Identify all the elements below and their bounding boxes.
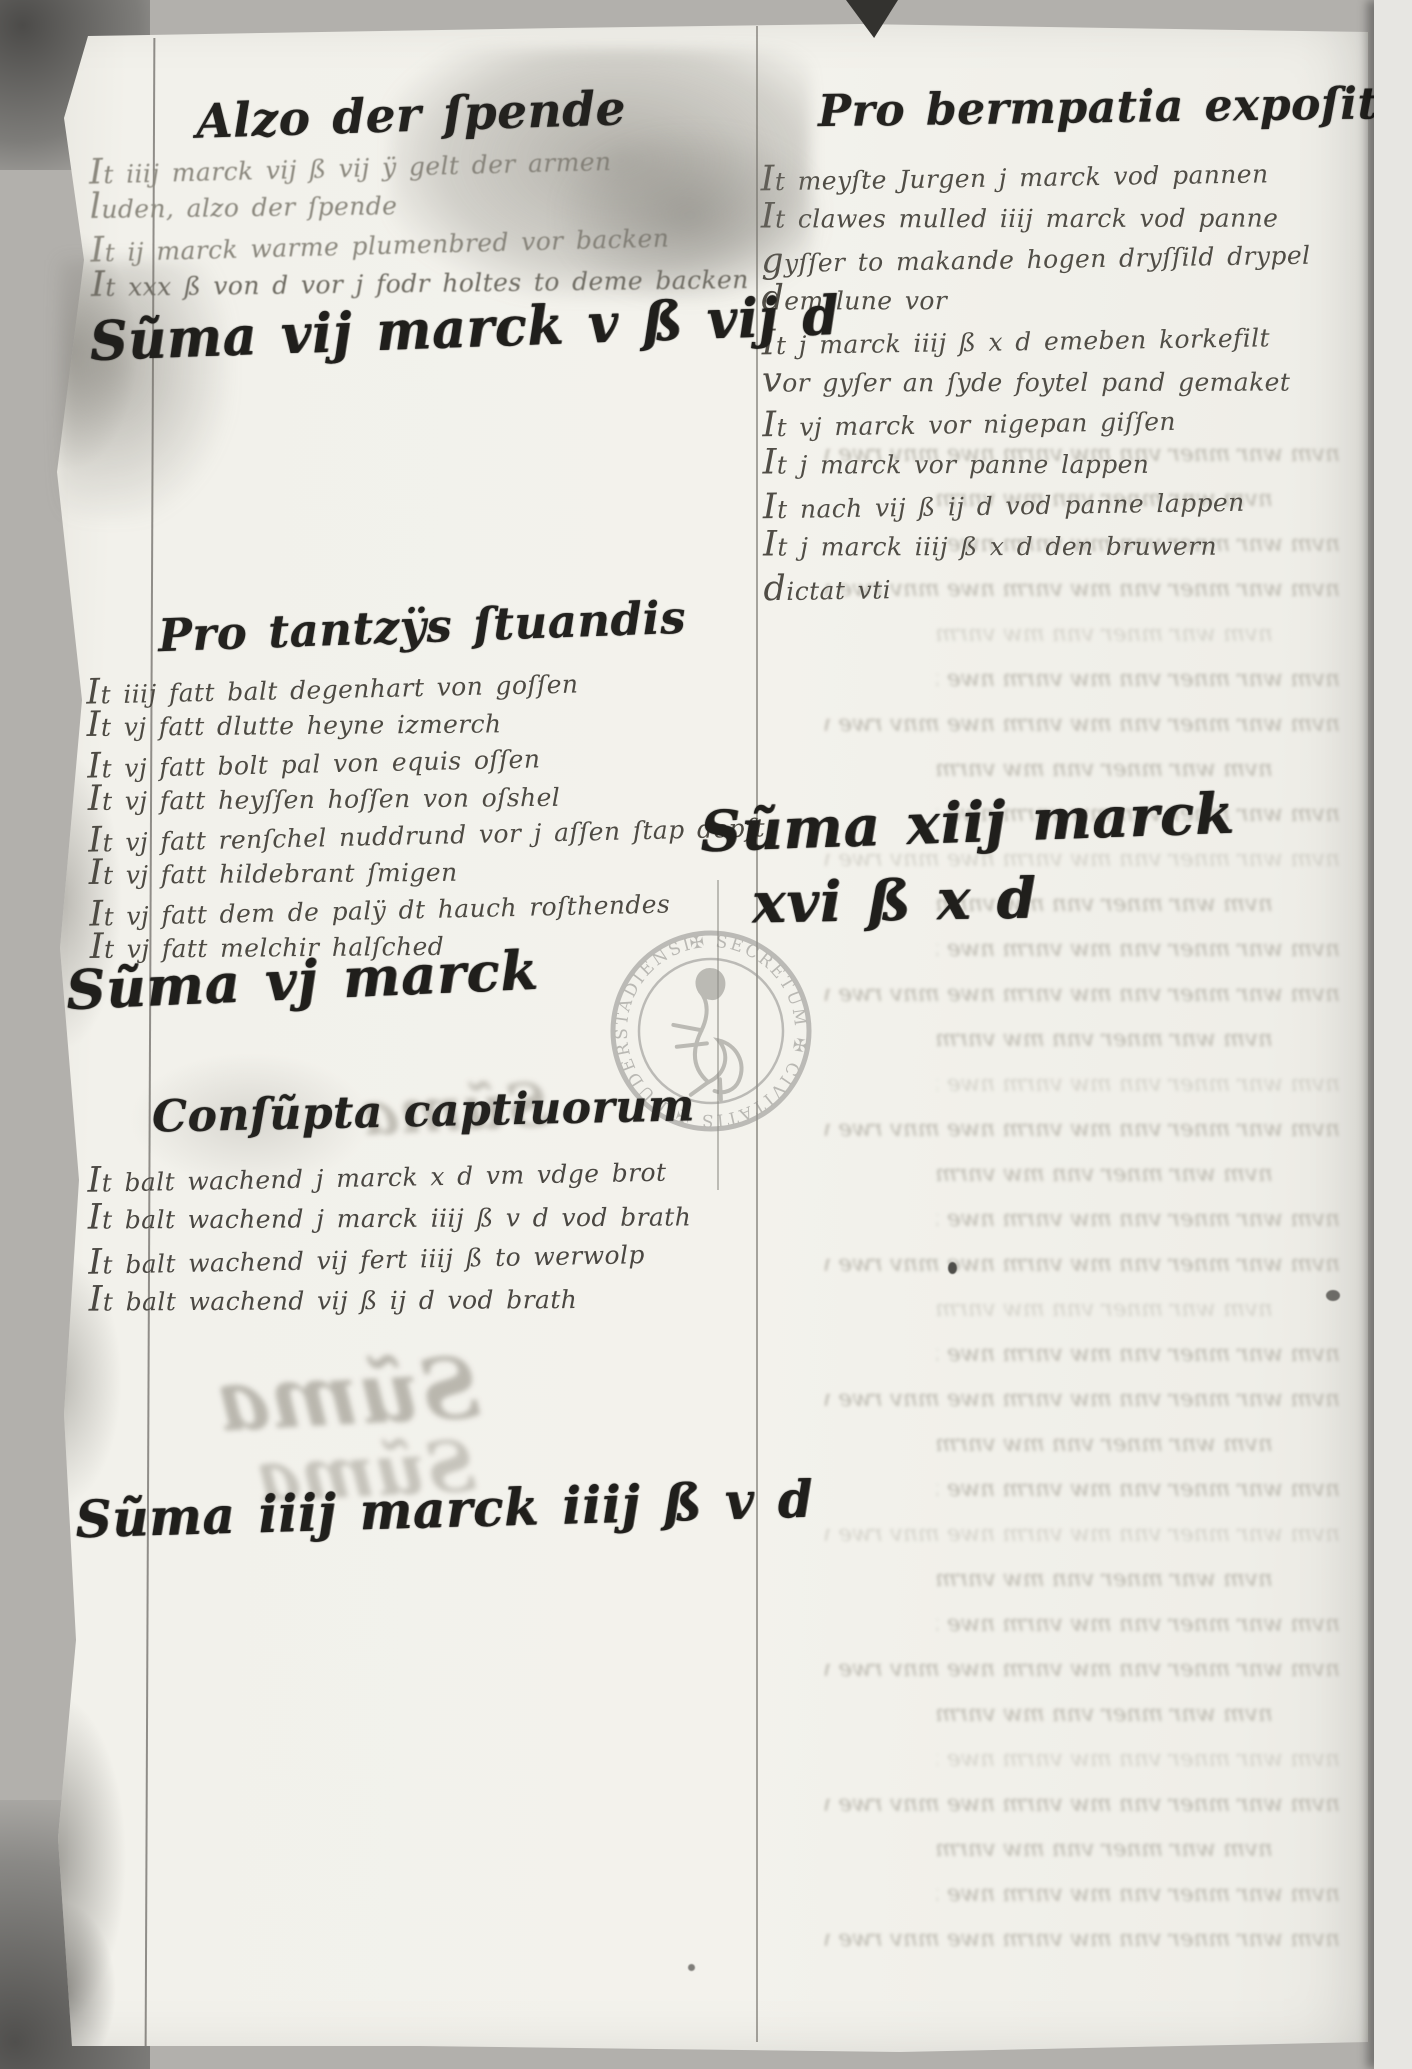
- bleedthrough-line: nvm wnr mner vnn mw vnrm nwe mnv rwe vnm…: [937, 1557, 1273, 1602]
- summa-total-deposito-line2: xvi ß x d: [751, 866, 1037, 937]
- bleedthrough-line: nvm wnr mner vnn mw vnrm nwe mnv rwe vnm…: [937, 1332, 1340, 1377]
- manuscript-line: It balt wachend j marck x d vm vdge brot: [87, 1150, 691, 1203]
- spende-entry-lines: It iiij marck vij ß vij ÿ gelt der armen…: [89, 140, 749, 307]
- bleedthrough-line: nvm wnr mner vnn mw vnrm nwe mnv rwe vnm…: [937, 1062, 1340, 1107]
- bleedthrough-line: nvm wnr mner vnn mw vnrm nwe mnv rwe vnm…: [937, 1017, 1273, 1062]
- bleedthrough-line: nvm wnr mner vnn mw vnrm nwe mnv rwe vnm…: [825, 1512, 1340, 1557]
- bleedthrough-line: nvm wnr mner vnn mw vnrm nwe mnv rwe vnm…: [825, 702, 1340, 747]
- bleedthrough-line: nvm wnr mner vnn mw vnrm nwe mnv rwe vnm…: [937, 1737, 1340, 1782]
- bleedthrough-line: nvm wnr mner vnn mw vnrm nwe mnv rwe vnm…: [937, 927, 1340, 972]
- manuscript-line: It clawes mulled iiij marck vod panne: [761, 197, 1310, 239]
- bleedthrough-line: nvm wnr mner vnn mw vnrm nwe mnv rwe vnm…: [937, 657, 1340, 702]
- manuscript-line: It meyſte Jurgen j marck vod pannen: [760, 152, 1310, 202]
- manuscript-line: dem lune vor: [761, 279, 1310, 321]
- manuscript-line: It vj marck vor nigepan giſſen: [762, 398, 1312, 448]
- bleedthrough-line: nvm wnr mner vnn mw vnrm nwe mnv rwe vnm…: [937, 1422, 1273, 1467]
- manuscript-line: It j marck iiij ß x d emeben korkefilt: [761, 316, 1311, 366]
- bleedthrough-line: nvm wnr mner vnn mw vnrm nwe mnv rwe vnm…: [937, 1692, 1273, 1737]
- manuscript-line: dictat vti: [763, 562, 1313, 612]
- deposito-entry-lines: It meyſte Jurgen j marck vod pannen It c…: [760, 154, 1312, 609]
- manuscript-line: gyſſer to makande hogen dryſſild drypel: [761, 234, 1311, 284]
- bleedthrough-line: nvm wnr mner vnn mw vnrm nwe mnv rwe vnm…: [825, 1242, 1340, 1287]
- taxys-entry-lines: It iiij fatt balt degenhart von goſſen I…: [86, 663, 767, 968]
- manuscript-line: It j marck vor panne lappen: [763, 443, 1312, 485]
- manuscript-line: It j marck iiij ß x d den bruwern: [763, 525, 1312, 567]
- manuscript-line: It balt wachend vij ß ij d vod brath: [89, 1277, 693, 1321]
- bleedthrough-line: nvm wnr mner vnn mw vnrm nwe mnv rwe vnm…: [937, 1152, 1273, 1197]
- consumpta-entry-lines: It balt wachend j marck x d vm vdge brot…: [87, 1153, 692, 1323]
- bleedthrough-line: nvm wnr mner vnn mw vnrm nwe mnv rwe vnm…: [937, 1602, 1340, 1647]
- manuscript-scan: nvm wnr mner vnn mw vnrm nwe mnv rwe vnm…: [0, 0, 1412, 2069]
- ink-speck: [1326, 1290, 1340, 1301]
- bleedthrough-line: nvm wnr mner vnn mw vnrm nwe mnv rwe vnm…: [937, 1287, 1273, 1332]
- bleedthrough-line: nvm wnr mner vnn mw vnrm nwe mnv rwe vnm…: [825, 1782, 1340, 1827]
- bleedthrough-line: nvm wnr mner vnn mw vnrm nwe mnv rwe vnm…: [937, 1872, 1340, 1917]
- bleedthrough-text-block: nvm wnr mner vnn mw vnrm nwe mnv rwe vnm…: [780, 432, 1340, 1962]
- bleedthrough-line: nvm wnr mner vnn mw vnrm nwe mnv rwe vnm…: [825, 1647, 1340, 1692]
- bleedthrough-line: nvm wnr mner vnn mw vnrm nwe mnv rwe vnm…: [937, 612, 1273, 657]
- bleedthrough-line: nvm wnr mner vnn mw vnrm nwe mnv rwe vnm…: [937, 1827, 1273, 1872]
- bleedthrough-line: nvm wnr mner vnn mw vnrm nwe mnv rwe vnm…: [937, 1197, 1340, 1242]
- bleedthrough-line: nvm wnr mner vnn mw vnrm nwe mnv rwe vnm…: [825, 1107, 1340, 1152]
- bleedthrough-line: nvm wnr mner vnn mw vnrm nwe mnv rwe vnm…: [825, 972, 1340, 1017]
- section-heading-deposito: Pro bermpatia expoſita: [818, 78, 1408, 137]
- bleedthrough-line: nvm wnr mner vnn mw vnrm nwe mnv rwe vnm…: [825, 1377, 1340, 1422]
- ink-speck: [948, 1262, 957, 1274]
- manuscript-line: It nach vij ß ij d vod panne lappen: [763, 480, 1313, 530]
- ink-speck: [688, 1964, 695, 1971]
- bleedthrough-line: nvm wnr mner vnn mw vnrm nwe mnv rwe vnm…: [937, 1467, 1340, 1512]
- manuscript-line: vor gyſer an ſyde foytel pand gemaket: [762, 361, 1311, 403]
- bleedthrough-line: nvm wnr mner vnn mw vnrm nwe mnv rwe vnm…: [825, 1917, 1340, 1962]
- adjacent-page-edge: [1374, 0, 1412, 2069]
